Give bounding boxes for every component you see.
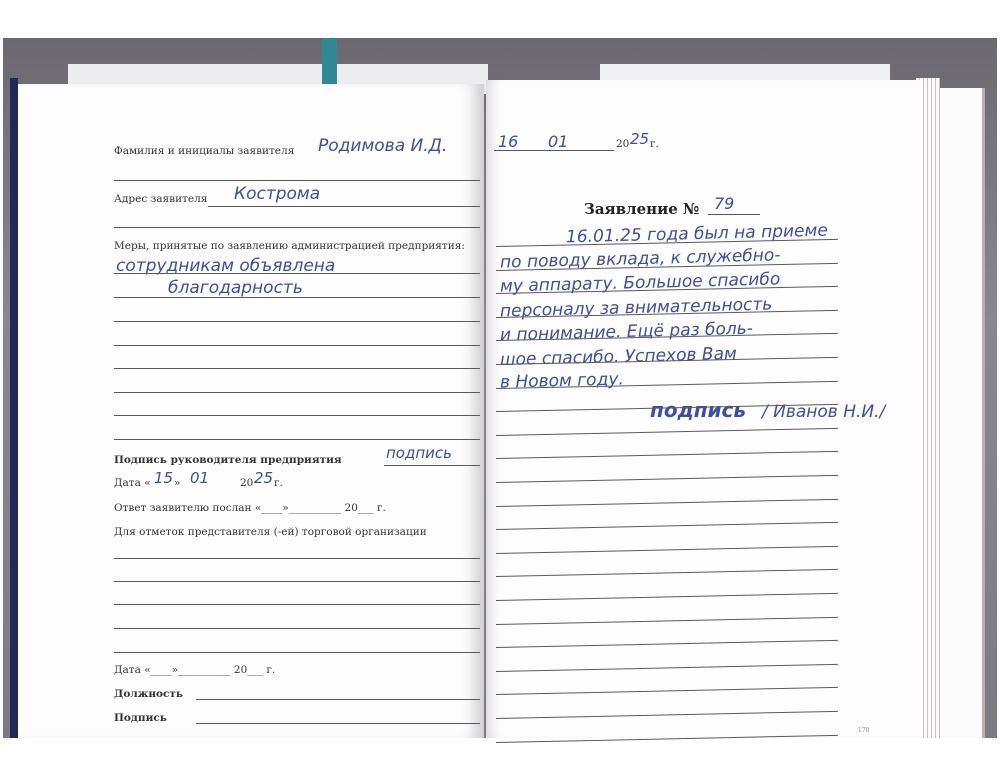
loose-sheet bbox=[940, 88, 985, 738]
rule bbox=[114, 581, 480, 582]
rule bbox=[114, 368, 480, 369]
manager-signature: подпись bbox=[386, 444, 452, 462]
ribbon-bookmark bbox=[322, 38, 337, 90]
top-date-year: 25 bbox=[630, 130, 649, 148]
rule bbox=[494, 150, 614, 151]
signature-label: Подпись bbox=[114, 712, 167, 724]
rule bbox=[196, 723, 480, 724]
rule bbox=[114, 652, 480, 653]
date-quote: » bbox=[174, 477, 180, 489]
rule bbox=[114, 321, 480, 322]
rule bbox=[708, 214, 760, 215]
rule bbox=[114, 392, 480, 393]
rule bbox=[114, 604, 480, 605]
date-year: 25 bbox=[254, 469, 273, 487]
page-number: 170 bbox=[858, 727, 869, 734]
date-year-prefix: 20 bbox=[240, 477, 253, 489]
rule bbox=[384, 465, 480, 466]
applicant-name-label: Фамилия и инициалы заявителя bbox=[114, 145, 294, 157]
position-label: Должность bbox=[114, 688, 183, 700]
left-page: Фамилия и инициалы заявителя Родимова И.… bbox=[18, 84, 484, 738]
statement-line: в Новом году. bbox=[500, 369, 624, 392]
applicant-name-value: Родимова И.Д. bbox=[318, 136, 447, 156]
rule bbox=[114, 439, 480, 440]
top-date-month: 01 bbox=[548, 132, 568, 151]
measures-label: Меры, принятые по заявлению администраци… bbox=[114, 240, 465, 252]
date-month: 01 bbox=[190, 469, 209, 487]
rule bbox=[114, 345, 480, 346]
rule bbox=[114, 273, 480, 274]
date-suffix: г. bbox=[274, 477, 283, 489]
book-cover-edge bbox=[10, 78, 18, 738]
rule bbox=[114, 227, 480, 228]
rule bbox=[114, 628, 480, 629]
address-label: Адрес заявителя bbox=[114, 193, 207, 205]
rule bbox=[208, 206, 480, 207]
manager-signature-label: Подпись руководителя предприятия bbox=[114, 454, 342, 466]
bottom-date-label: Дата «____»__________ 20___ г. bbox=[114, 664, 275, 676]
rule bbox=[114, 558, 480, 559]
top-date-year-prefix: 20 bbox=[616, 138, 629, 150]
rule bbox=[196, 699, 480, 700]
measures-line-2: благодарность bbox=[168, 278, 303, 298]
reply-sent-label: Ответ заявителю послан «____»__________ … bbox=[114, 502, 386, 514]
statement-number: 79 bbox=[714, 194, 734, 213]
rule bbox=[114, 415, 480, 416]
top-date-day: 16 bbox=[498, 132, 518, 151]
rule bbox=[114, 180, 480, 181]
address-value: Кострома bbox=[234, 184, 320, 204]
applicant-signature: подпись bbox=[650, 398, 746, 422]
top-date-suffix: г. bbox=[650, 138, 659, 150]
rule bbox=[114, 297, 480, 298]
statement-title: Заявление № bbox=[584, 200, 699, 218]
date-label: Дата « bbox=[114, 477, 151, 489]
date-day: 15 bbox=[154, 469, 173, 487]
notes-label: Для отметок представителя (-ей) торговой… bbox=[114, 526, 427, 538]
